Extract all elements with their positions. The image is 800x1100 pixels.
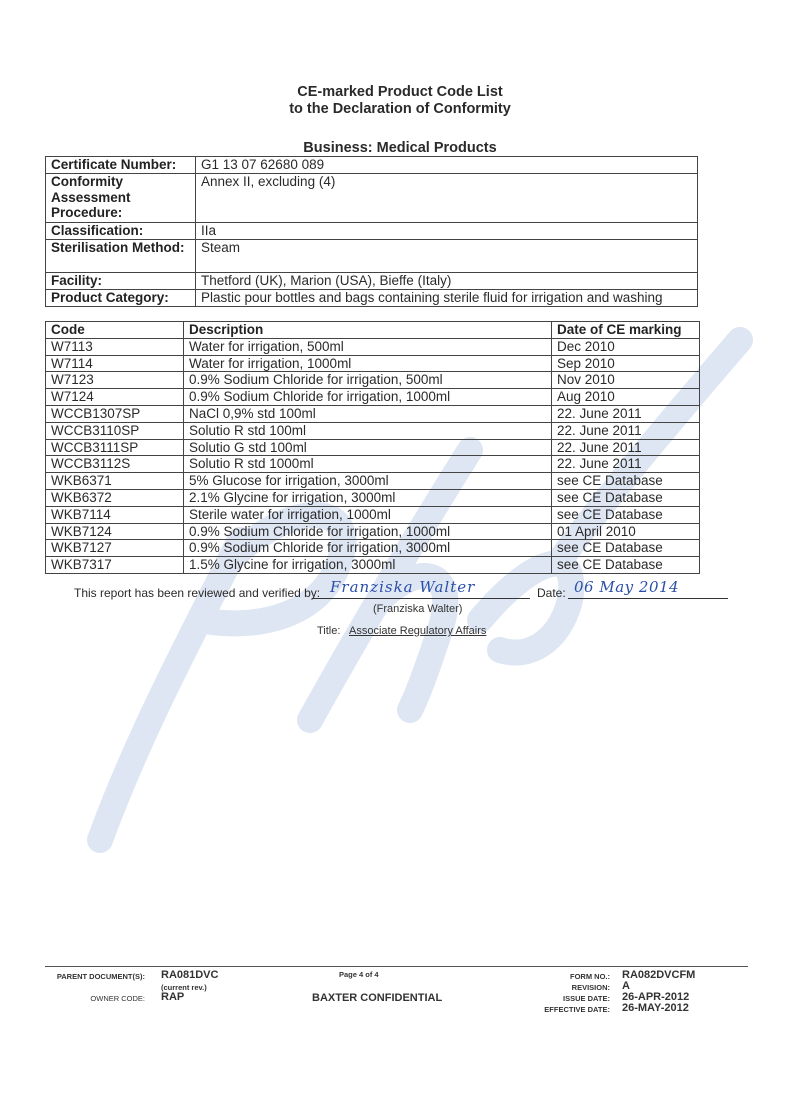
- product-description: 5% Glucose for irrigation, 3000ml: [184, 473, 552, 490]
- column-header-date: Date of CE marking: [552, 322, 700, 339]
- table-row: W7114Water for irrigation, 1000mlSep 201…: [46, 355, 700, 372]
- product-description: Solutio G std 100ml: [184, 439, 552, 456]
- ce-marking-date: 01 April 2010: [552, 523, 700, 540]
- parent-document-value: RA081DVC: [161, 969, 218, 981]
- ce-marking-date: 22. June 2011: [552, 422, 700, 439]
- product-description: 1.5% Glycine for irrigation, 3000ml: [184, 557, 552, 574]
- info-value: G1 13 07 62680 089: [196, 157, 698, 174]
- product-code: WCCB1307SP: [46, 405, 184, 422]
- info-row: Product Category:Plastic pour bottles an…: [46, 289, 698, 306]
- table-row: WCCB1307SPNaCl 0,9% std 100ml22. June 20…: [46, 405, 700, 422]
- table-row: WCCB3110SPSolutio R std 100ml22. June 20…: [46, 422, 700, 439]
- ce-marking-date: Aug 2010: [552, 389, 700, 406]
- ce-marking-date: see CE Database: [552, 540, 700, 557]
- product-description: Solutio R std 100ml: [184, 422, 552, 439]
- info-value: IIa: [196, 223, 698, 240]
- table-row: WCCB3112SSolutio R std 1000ml22. June 20…: [46, 456, 700, 473]
- confidential-notice: BAXTER CONFIDENTIAL: [312, 992, 442, 1004]
- footer-divider: [45, 966, 748, 967]
- product-description: 0.9% Sodium Chloride for irrigation, 100…: [184, 523, 552, 540]
- product-code-table: Code Description Date of CE marking W711…: [45, 321, 700, 574]
- info-label: Certificate Number:: [46, 157, 196, 174]
- form-number-value: RA082DVCFM: [622, 969, 695, 981]
- ce-marking-date: 22. June 2011: [552, 439, 700, 456]
- info-label: Classification:: [46, 223, 196, 240]
- product-description: Water for irrigation, 500ml: [184, 338, 552, 355]
- table-row: W71230.9% Sodium Chloride for irrigation…: [46, 372, 700, 389]
- parent-document-label: PARENT DOCUMENT(S):: [45, 972, 145, 981]
- info-row: Certificate Number:G1 13 07 62680 089: [46, 157, 698, 174]
- form-number-label: FORM NO.:: [520, 972, 610, 981]
- verification-statement: This report has been reviewed and verifi…: [74, 586, 320, 600]
- product-code: WCCB3110SP: [46, 422, 184, 439]
- ce-marking-date: see CE Database: [552, 473, 700, 490]
- info-label: Conformity Assessment Procedure:: [46, 174, 196, 223]
- table-row: WKB63715% Glucose for irrigation, 3000ml…: [46, 473, 700, 490]
- table-row: WKB63722.1% Glycine for irrigation, 3000…: [46, 489, 700, 506]
- document-page: CE-marked Product Code List to the Decla…: [0, 0, 800, 1100]
- product-code: W7124: [46, 389, 184, 406]
- certificate-info-table: Certificate Number:G1 13 07 62680 089Con…: [45, 156, 698, 307]
- page-number: Page 4 of 4: [339, 970, 379, 979]
- ce-marking-date: 22. June 2011: [552, 405, 700, 422]
- product-code: WCCB3112S: [46, 456, 184, 473]
- ce-marking-date: see CE Database: [552, 506, 700, 523]
- product-code: WKB7114: [46, 506, 184, 523]
- effective-date-label: EFFECTIVE DATE:: [510, 1005, 610, 1014]
- document-title-line2: to the Declaration of Conformity: [0, 101, 800, 118]
- info-row: Conformity Assessment Procedure:Annex II…: [46, 174, 698, 223]
- signer-name: (Franziska Walter): [373, 603, 462, 615]
- info-row: Facility:Thetford (UK), Marion (USA), Bi…: [46, 272, 698, 289]
- info-label: Product Category:: [46, 289, 196, 306]
- product-description: NaCl 0,9% std 100ml: [184, 405, 552, 422]
- product-description: 0.9% Sodium Chloride for irrigation, 300…: [184, 540, 552, 557]
- product-description: Solutio R std 1000ml: [184, 456, 552, 473]
- info-value: Plastic pour bottles and bags containing…: [196, 289, 698, 306]
- product-code: WCCB3111SP: [46, 439, 184, 456]
- table-row: WKB71270.9% Sodium Chloride for irrigati…: [46, 540, 700, 557]
- info-row: Classification:IIa: [46, 223, 698, 240]
- date-label: Date:: [537, 586, 566, 600]
- signer-title: Associate Regulatory Affairs: [349, 625, 486, 637]
- business-heading: Business: Medical Products: [0, 140, 800, 157]
- table-row: WKB71240.9% Sodium Chloride for irrigati…: [46, 523, 700, 540]
- ce-marking-date: see CE Database: [552, 557, 700, 574]
- table-row: WCCB3111SPSolutio G std 100ml22. June 20…: [46, 439, 700, 456]
- product-code: W7123: [46, 372, 184, 389]
- product-code: WKB7124: [46, 523, 184, 540]
- ce-marking-date: see CE Database: [552, 489, 700, 506]
- info-label: Sterilisation Method:: [46, 239, 196, 272]
- owner-code-value: RAP: [161, 991, 184, 1003]
- issue-date-label: ISSUE DATE:: [520, 994, 610, 1003]
- column-header-description: Description: [184, 322, 552, 339]
- info-value: Thetford (UK), Marion (USA), Bieffe (Ita…: [196, 272, 698, 289]
- ce-marking-date: Sep 2010: [552, 355, 700, 372]
- handwritten-signature: Franziska Walter: [330, 578, 475, 596]
- ce-marking-date: 22. June 2011: [552, 456, 700, 473]
- title-label: Title:: [317, 625, 340, 637]
- table-row: W71240.9% Sodium Chloride for irrigation…: [46, 389, 700, 406]
- product-description: Sterile water for irrigation, 1000ml: [184, 506, 552, 523]
- document-title-line1: CE-marked Product Code List: [0, 84, 800, 101]
- product-code: WKB6372: [46, 489, 184, 506]
- handwritten-date: 06 May 2014: [574, 578, 679, 596]
- info-value: Annex II, excluding (4): [196, 174, 698, 223]
- table-row: W7113Water for irrigation, 500mlDec 2010: [46, 338, 700, 355]
- effective-date-value: 26-MAY-2012: [622, 1002, 689, 1014]
- product-code: WKB6371: [46, 473, 184, 490]
- product-code: W7114: [46, 355, 184, 372]
- product-code: W7113: [46, 338, 184, 355]
- table-row: WKB7114Sterile water for irrigation, 100…: [46, 506, 700, 523]
- product-description: 0.9% Sodium Chloride for irrigation, 100…: [184, 389, 552, 406]
- ce-marking-date: Dec 2010: [552, 338, 700, 355]
- ce-marking-date: Nov 2010: [552, 372, 700, 389]
- owner-code-label: OWNER CODE:: [45, 994, 145, 1003]
- info-row: Sterilisation Method:Steam: [46, 239, 698, 272]
- info-label: Facility:: [46, 272, 196, 289]
- table-header-row: Code Description Date of CE marking: [46, 322, 700, 339]
- product-description: Water for irrigation, 1000ml: [184, 355, 552, 372]
- product-description: 2.1% Glycine for irrigation, 3000ml: [184, 489, 552, 506]
- column-header-code: Code: [46, 322, 184, 339]
- product-description: 0.9% Sodium Chloride for irrigation, 500…: [184, 372, 552, 389]
- product-code: WKB7317: [46, 557, 184, 574]
- product-code: WKB7127: [46, 540, 184, 557]
- info-value: Steam: [196, 239, 698, 272]
- revision-label: REVISION:: [520, 983, 610, 992]
- table-row: WKB73171.5% Glycine for irrigation, 3000…: [46, 557, 700, 574]
